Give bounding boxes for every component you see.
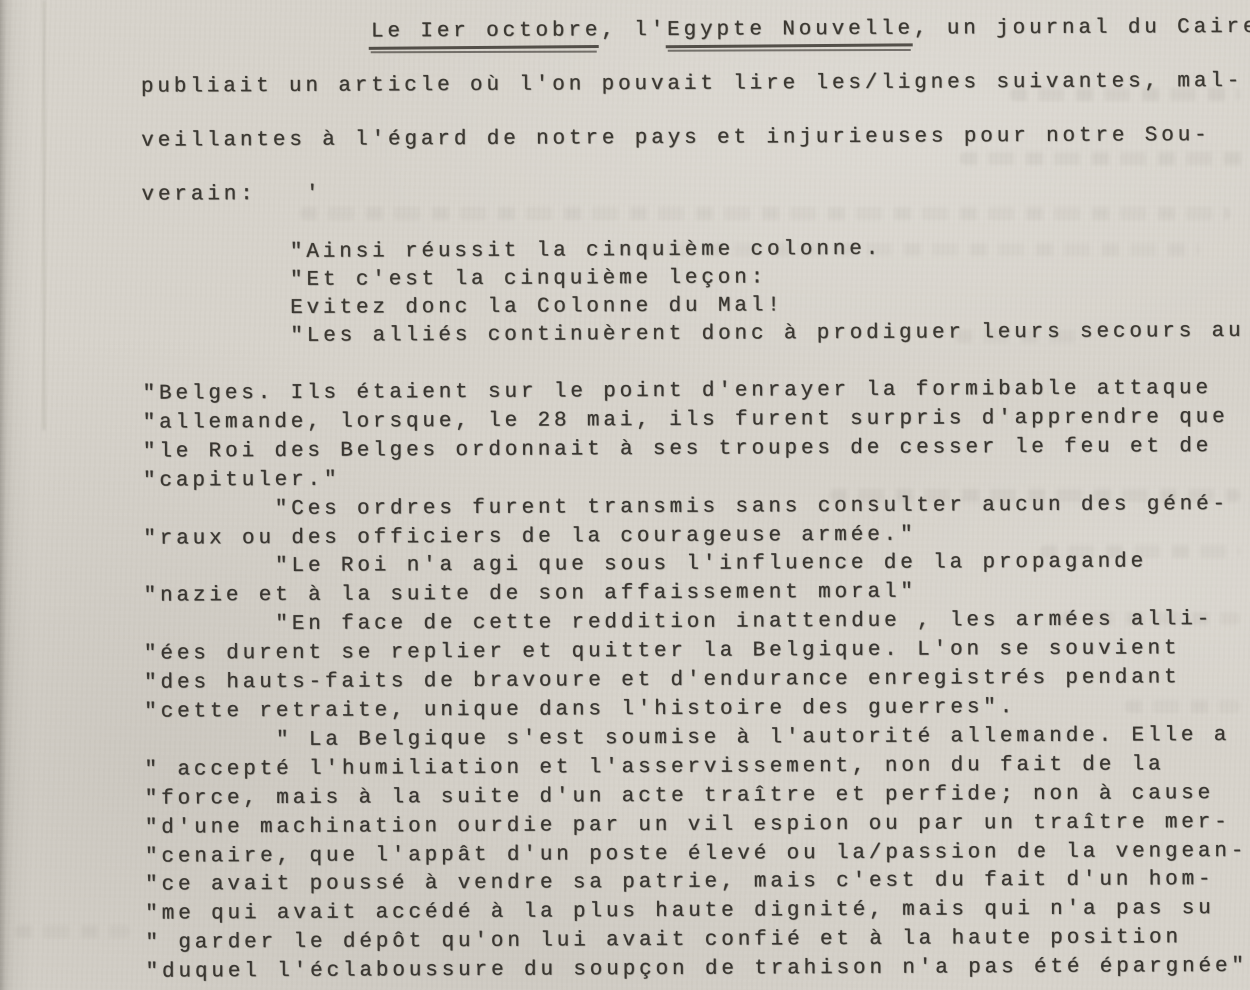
text-line: "des hauts-faits de bravoure et d'endura…: [144, 664, 1250, 699]
date-underlined: Le Ier octobre: [371, 19, 601, 43]
text-segment: , l': [601, 19, 667, 42]
first-line-indent: [141, 21, 371, 45]
typewritten-page: Le Ier octobre, l'Egypte Nouvelle, un jo…: [0, 0, 1250, 990]
opening-paragraph: Le Ier octobre, l'Egypte Nouvelle, un jo…: [141, 1, 1249, 223]
article-quote-block: "Belges. Ils étaient sur le point d'enra…: [142, 375, 1250, 988]
document-text: Le Ier octobre, l'Egypte Nouvelle, un jo…: [0, 0, 1250, 990]
text-line: "Les alliés continuèrent donc à prodigue…: [142, 318, 1249, 352]
quoted-verse-block: "Ainsi réussit la cinquième colonne. "Et…: [142, 234, 1250, 352]
text-line: Le Ier octobre, l'Egypte Nouvelle, un jo…: [141, 1, 1248, 61]
text-line: "duquel l'éclaboussure du soupçon de tra…: [146, 953, 1250, 988]
text-line: veillantes à l'égard de notre pays et in…: [141, 109, 1248, 169]
text-line: "le Roi des Belges ordonnait à ses troup…: [143, 433, 1250, 468]
text-line: publiait un article où l'on pouvait lire…: [141, 55, 1248, 115]
text-line: verain: ': [141, 163, 1248, 223]
text-segment: , un journal du Caire,: [914, 16, 1250, 41]
journal-name-underlined: Egypte Nouvelle: [667, 18, 914, 42]
text-line: "Ces ordres furent transmis sans consult…: [143, 491, 1250, 526]
